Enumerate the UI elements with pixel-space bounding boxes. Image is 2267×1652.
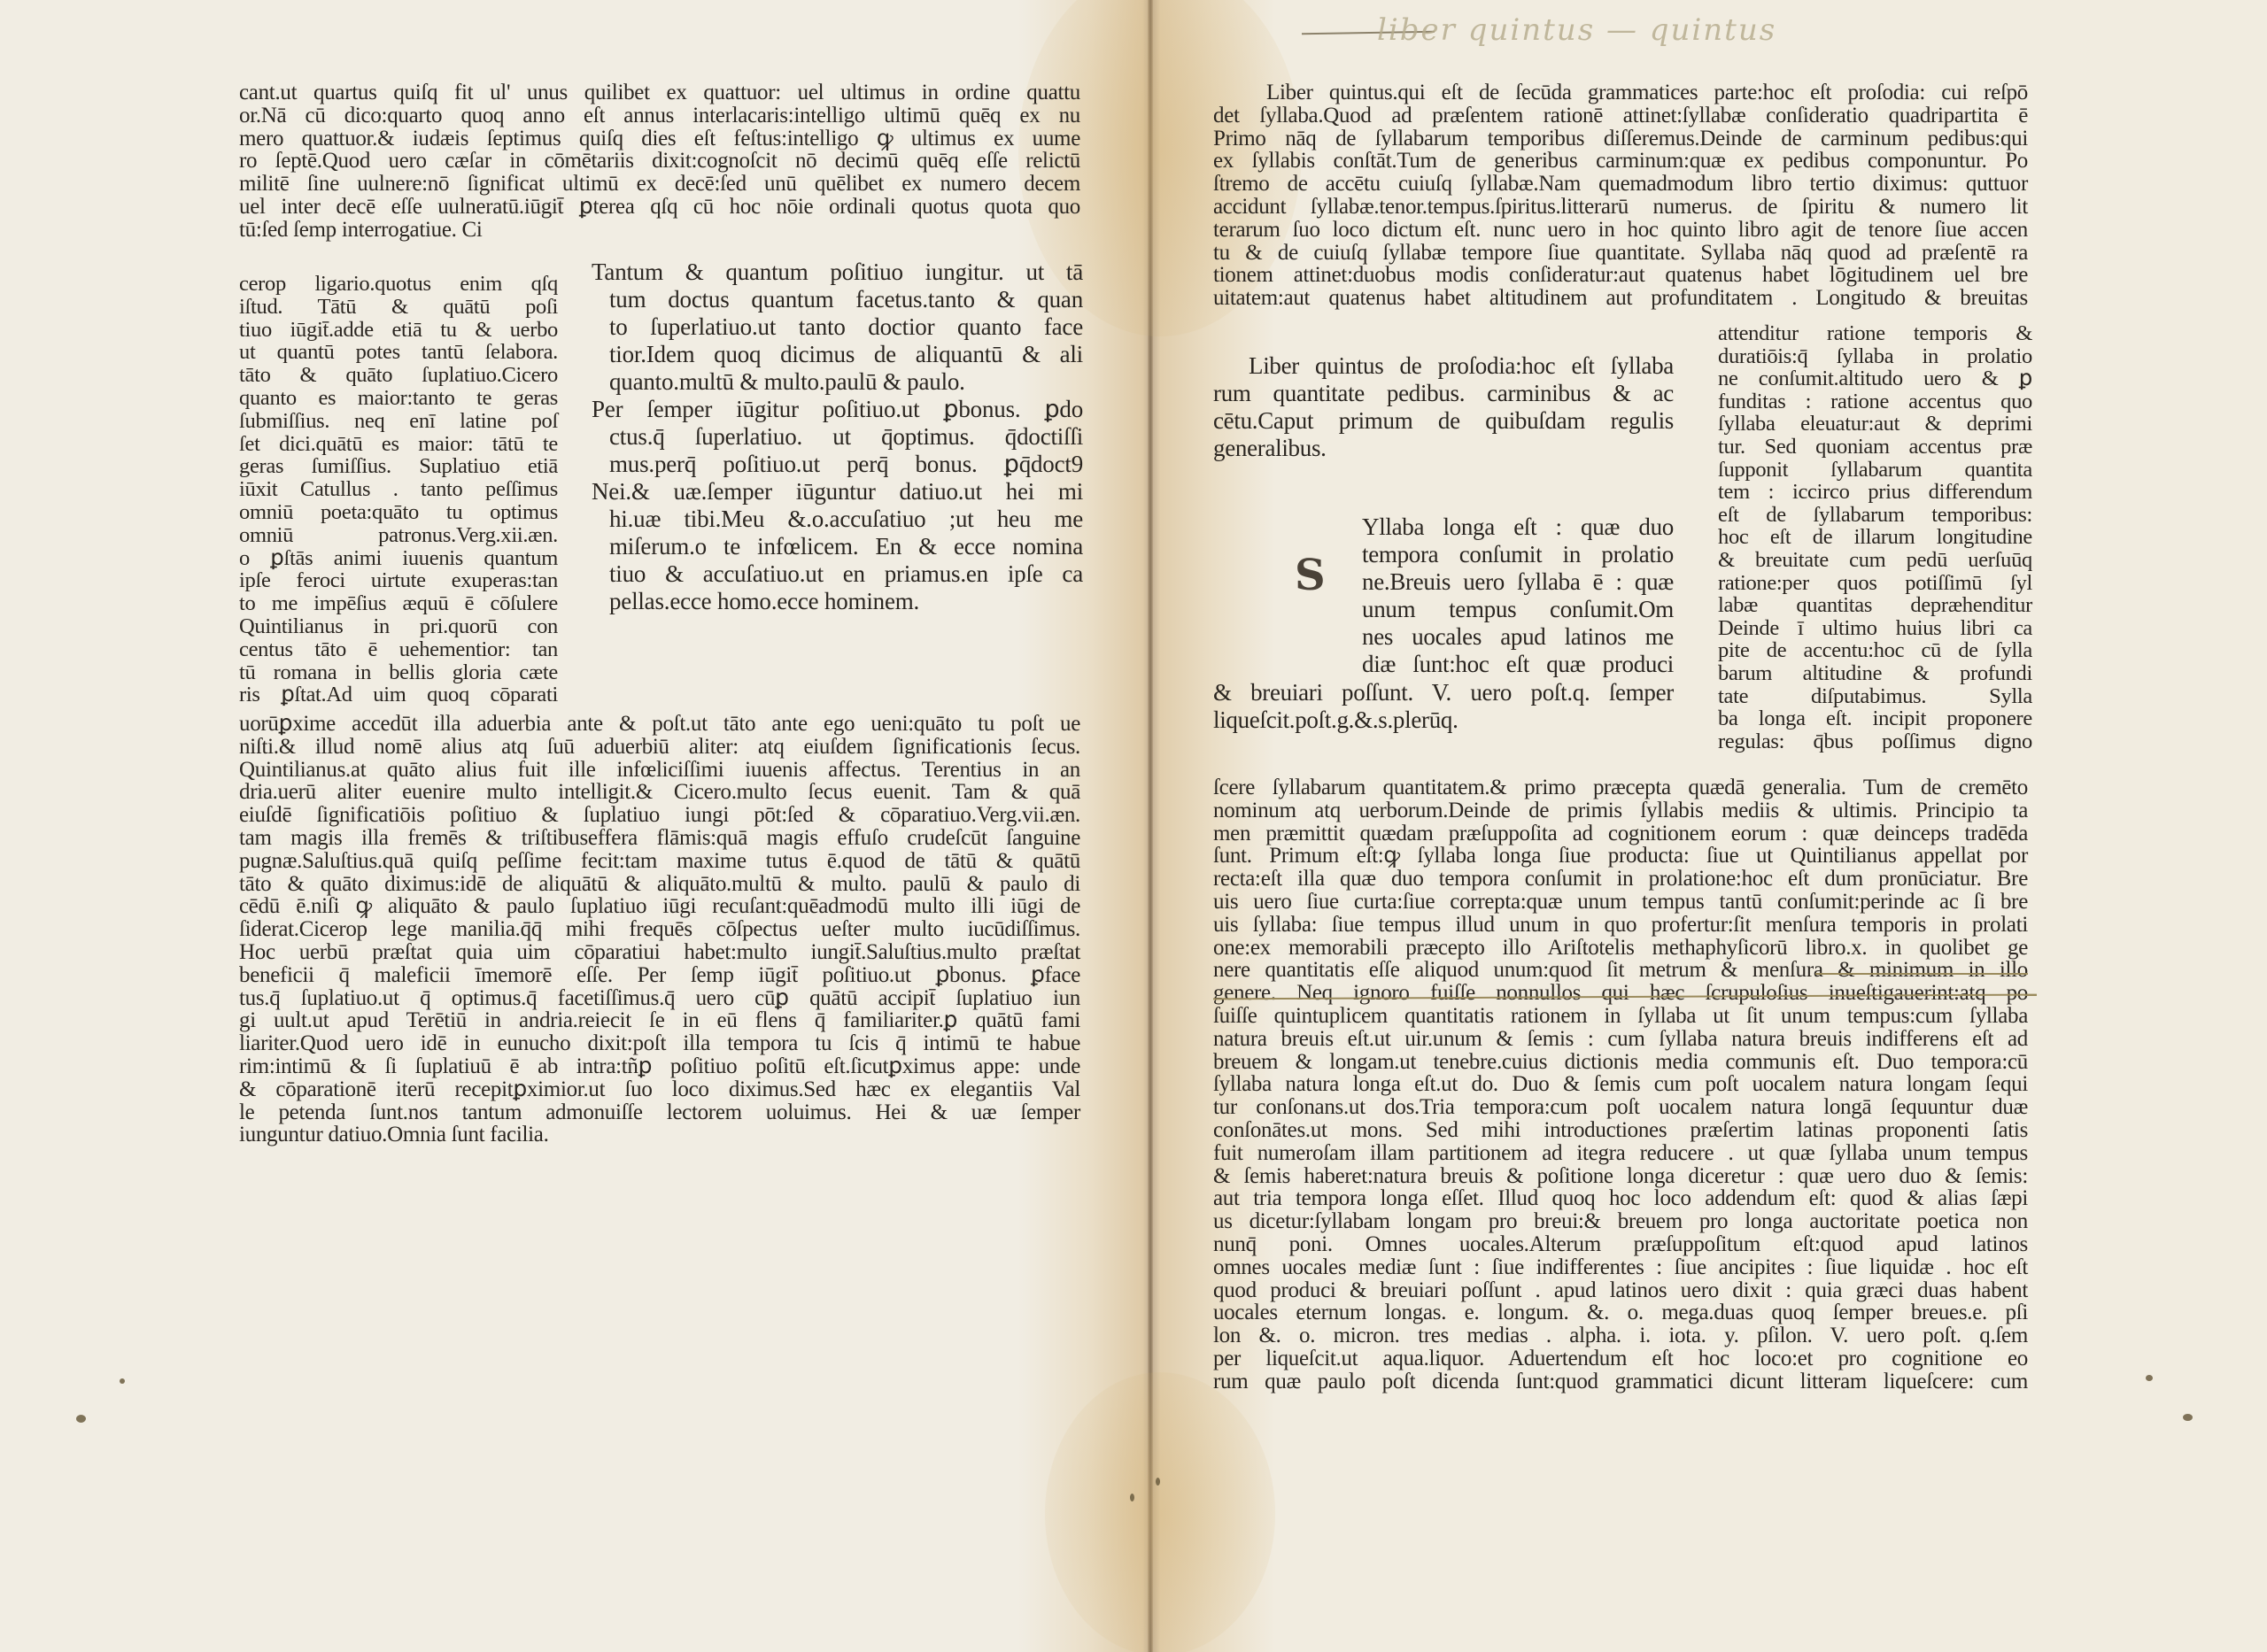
text-line: tem : iccirco prius differendum (1718, 481, 2032, 504)
text-line: tū:ſed ſemp interrogatiue. Ci (239, 219, 1080, 242)
text-line: iunguntur datiuo.Omnia ſunt facilia. (239, 1123, 1080, 1146)
text-line: us dicetur:ſyllabam longam pro breui:& b… (1213, 1210, 2028, 1233)
text-line: hoc eſt de illarum longitudine (1718, 526, 2032, 549)
text-line: ſyllaba eleuatur:aut & deprimi (1718, 413, 2032, 436)
text-line: tū romana in bellis gloria cæte (239, 661, 558, 684)
text-line: accidunt ſyllabæ.tenor.tempus.ſpiritus.l… (1213, 196, 2028, 219)
text-line: pite de accentu:hoc cū de ſylla (1718, 639, 2032, 662)
text-line: uis ſyllaba: ſiue tempus illud unum in q… (1213, 914, 2028, 937)
text-line: barum altitudine & profundi (1718, 662, 2032, 685)
text-line: mus.perq̄ poſitiuo.ut perq̄ bonus. ꝑq̄do… (592, 451, 1083, 478)
text-line: genere. Neq ignoro fuiſſe nonnullos qui … (1213, 982, 2028, 1005)
text-line: tu & de cuiuſq ſyllabæ tempore ſiue quan… (1213, 242, 2028, 265)
text-line: cerop ligario.quotus enim qſq (239, 273, 558, 296)
text-line: recta:eſt illa quæ duo tempora conſumit … (1213, 868, 2028, 891)
text-line: cēdū ē.niſi ꝙ aliquāto & paulo ſuplatiuo… (239, 895, 1080, 918)
text-line: centus tāto ē uehementior: tan (239, 638, 558, 661)
text-line: militē ſine uulnere:nō ſignificat ultimū… (239, 173, 1080, 196)
text-line: ipſe feroci uirtute exuperas:tan (239, 569, 558, 592)
wormhole-mark (1130, 1494, 1134, 1501)
wormhole-mark (2146, 1375, 2153, 1381)
text-line: omniū patronus.Verg.xii.æn. (239, 524, 558, 547)
book-spread: liber quintus — quintus cant.ut quartus … (0, 0, 2267, 1652)
text-line: liqueſcit.poſt.g.&.s.plerūq. (1213, 706, 1674, 734)
text-line: tus.q̄ ſuplatiuo.ut q̄ optimus.q̄ faceti… (239, 987, 1080, 1010)
text-line: ſcere ſyllabarum quantitatem.& primo præ… (1213, 776, 2028, 799)
text-line: & cōparationē iterū recepitꝑximior.ut ſu… (239, 1078, 1080, 1101)
text-line: ratione:per quos potiſſimū ſyl (1718, 572, 2032, 595)
left-commentary-column: cerop ligario.quotus enim qſq iſtud. Tāt… (239, 273, 558, 706)
heading-line: cētu.Caput primum de quibuſdam regulis (1213, 407, 1674, 435)
text-line: Hoc uerbū præſtat quia uim cōparatiui ha… (239, 941, 1080, 964)
text-line: omniū poeta:quāto tu optimus (239, 501, 558, 524)
text-line: men præmittit quædam præſuppoſita ad cog… (1213, 822, 2028, 845)
text-line: iſtud. Tātū & quātū poſi (239, 296, 558, 319)
heading-line: Liber quintus de proſodia:hoc eſt ſyllab… (1213, 352, 1674, 380)
text-line: ſtremo de accētu cuiuſq ſyllabæ.Nam quem… (1213, 173, 2028, 196)
heading-line: generalibus. (1213, 435, 1674, 462)
text-line: Primo nāq de ſyllabarum temporibus diſſe… (1213, 127, 2028, 151)
text-line: tāto & quāto diximus:idē de aliquātū & a… (239, 873, 1080, 896)
text-line: det ſyllaba.Quod ad præſentem rationē at… (1213, 104, 2028, 127)
heading-line: rum quantitate pedibus. carminibus & ac (1213, 380, 1674, 407)
right-bottom-paragraph: ſcere ſyllabarum quantitatem.& primo præ… (1213, 776, 2028, 1393)
text-line: ne.Breuis uero ſyllaba ē : quæ (1362, 568, 1674, 596)
text-line: eſt de ſyllabarum temporibus: (1718, 504, 2032, 527)
text-line: ſiderat.Cicerop lege manilia.q̄q̄ mihi f… (239, 918, 1080, 941)
text-line: tam magis illa fremēs & triſtibuseffera … (239, 827, 1080, 850)
reader-underline (1815, 973, 2028, 975)
right-commentary-column: attenditur ratione temporis & duratiōis:… (1718, 322, 2032, 753)
text-line: iūxit Catullus . tanto peſſimus (239, 478, 558, 501)
text-line: geras ſumiſſius. Suplatiuo etiā (239, 455, 558, 478)
text-line: uorūꝑxime accedūt illa aduerbia ante & p… (239, 713, 1080, 736)
guide-letter-initial: S (1295, 551, 1326, 600)
text-line: conſonātes.ut mons. Sed mihi introductio… (1213, 1119, 2028, 1142)
text-line: ſyllaba natura longa eſt.ut do. Duo & ſe… (1213, 1073, 2028, 1096)
text-line: tior.Idem quoq dicimus de aliquantū & al… (592, 341, 1083, 368)
text-line: cant.ut quartus quiſq fit ul' unus quili… (239, 81, 1080, 104)
text-line: ne conſumit.altitudo uero & ꝑ (1718, 367, 2032, 390)
text-line: le petenda ſunt.nos tantum admonuiſſe le… (239, 1101, 1080, 1124)
text-line: unum tempus conſumit.Om (1362, 596, 1674, 623)
text-line: regulas: q̄bus poſſimus digno (1718, 730, 2032, 753)
text-line: or.Nā cū dico:quarto quoq anno eſt annus… (239, 104, 1080, 127)
water-stain (1045, 1372, 1275, 1652)
text-line: tum doctus quantum facetus.tanto & quan (592, 286, 1083, 313)
text-line: quanto.multū & multo.paulū & paulo. (592, 368, 1083, 396)
text-line: tate diſputabimus. Sylla (1718, 685, 2032, 708)
chapter-heading: Liber quintus de proſodia:hoc eſt ſyllab… (1213, 352, 1674, 462)
text-line: o ꝑſtās animi iuuenis quantum (239, 547, 558, 570)
right-top-paragraph: Liber quintus.qui eſt de ſecūda grammati… (1213, 81, 2028, 310)
text-line: & breuiari poſſunt. V. uero poſt.q. ſemp… (1213, 679, 1674, 706)
text-line: uocales eternum longas. e. longum. &. o.… (1213, 1301, 2028, 1324)
text-line: liariter.Quod uero idē in eunucho dixit:… (239, 1032, 1080, 1055)
text-line: ris ꝑſtat.Ad uim quoq cōparati (239, 683, 558, 706)
text-line: eiuſdē ſignificatiōis poſitiuo & ſuplati… (239, 804, 1080, 827)
text-line: tempora conſumit in prolatio (1362, 541, 1674, 568)
text-line: omnes uocales mediæ ſunt : ſiue indiffer… (1213, 1256, 2028, 1279)
text-line: tāto & quāto ſuplatiuo.Cicero (239, 364, 558, 387)
text-line: tiuo & accuſatiuo.ut en priamus.en ipſe … (592, 560, 1083, 588)
text-line: nominum atq uerborum.Deinde de primis ſy… (1213, 799, 2028, 822)
text-line: rum quæ paulo poſt dicenda ſunt:quod gra… (1213, 1370, 2028, 1393)
text-line: Quintilianus.at quāto alius fuit ille in… (239, 759, 1080, 782)
text-line: dria.uerū aliter euenire multo intelligi… (239, 781, 1080, 804)
text-line: nere quantitatis eſſe aliquod unum:quod … (1213, 959, 2028, 982)
text-line: Quintilianus in pri.quorū con (239, 615, 558, 638)
text-line: tiuo iūgit̄.adde etiā tu & uerbo (239, 319, 558, 342)
left-top-paragraph: cant.ut quartus quiſq fit ul' unus quili… (239, 81, 1080, 242)
text-line: mero quattuor.& iudæis ſeptimus quiſq di… (239, 127, 1080, 151)
text-line: ſuiſſe quintuplicem quantitatis rationem… (1213, 1005, 2028, 1028)
text-line: & breuitate cum pedū uerſuūq (1718, 549, 2032, 572)
text-line: natura breuis eſt.ut uir.unum & ſemis : … (1213, 1028, 2028, 1051)
text-line: tur. Sed quoniam accentus præ (1718, 436, 2032, 459)
text-line: rim:intimū & ſi ſuplatiuū ē ab intra:tñꝑ… (239, 1055, 1080, 1078)
text-line: diæ ſunt:hoc eſt quæ produci (1362, 651, 1674, 678)
wormhole-mark (1156, 1478, 1160, 1486)
text-line: uis uero ſiue curta:ſiue correpta:quæ un… (1213, 891, 2028, 914)
text-line: Tantum & quantum poſitiuo iungitur. ut t… (592, 259, 1083, 286)
text-line: ctus.q̄ ſuperlatiuo. ut q̄optimus. q̄doc… (592, 423, 1083, 451)
text-line: pugnæ.Saluſtius.quā quiſq peſſime fecit:… (239, 850, 1080, 873)
text-line: gi uult.ut apud Terētiū in andria.reieci… (239, 1009, 1080, 1032)
text-line: tur conſonans.ut dos.Tria tempora:cum po… (1213, 1096, 2028, 1119)
text-line: ut quantū potes tantū ſelabora. (239, 341, 558, 364)
text-line: labæ quantitas depræhenditur (1718, 594, 2032, 617)
text-line: Deinde ī ultimo huius libri ca (1718, 617, 2032, 640)
text-line: duratiōis:q̄ ſyllaba in prolatio (1718, 345, 2032, 368)
text-line: attenditur ratione temporis & (1718, 322, 2032, 345)
text-line: ex ſyllabis conſtāt.Tum de generibus car… (1213, 150, 2028, 173)
text-line: Yllaba longa eſt : quæ duo (1362, 513, 1674, 541)
text-line: beneficii q̄ maleficii īmemorē eſſe. Per… (239, 964, 1080, 987)
text-line: Liber quintus.qui eſt de ſecūda grammati… (1213, 81, 2028, 104)
text-line: ſunt. Primum eſt:ꝙ ſyllaba longa ſiue pr… (1213, 845, 2028, 868)
text-line: lon &. o. micron. tres medias . alpha. i… (1213, 1324, 2028, 1347)
text-line: Nei.& uæ.ſemper iūguntur datiuo.ut hei m… (592, 478, 1083, 506)
text-line: quanto es maior:tanto te geras (239, 387, 558, 410)
text-line: ſupponit ſyllabarum quantita (1718, 459, 2032, 482)
text-line: funditas : ratione accentus quo (1718, 390, 2032, 413)
text-line: tionem attinet:duobus modis conſideratur… (1213, 264, 2028, 287)
manuscript-annotation: liber quintus — quintus (1377, 12, 1776, 48)
chapter-opening-text: Yllaba longa eſt : quæ duo tempora conſu… (1362, 513, 1674, 678)
text-line: pellas.ecce homo.ecce hominem. (592, 588, 1083, 615)
text-line: per liqueſcit.ut aqua.liquor. Aduertendu… (1213, 1347, 2028, 1370)
text-line: miſerum.o te infœlicem. En & ecce nomina (592, 533, 1083, 560)
text-line: & ſemis haberet:natura breuis & poſition… (1213, 1165, 2028, 1188)
wormhole-mark (120, 1378, 125, 1384)
text-line: terarum ſuo loco dictum eſt. nunc uero i… (1213, 219, 2028, 242)
text-line: quod produci & breuiari poſſunt . apud l… (1213, 1279, 2028, 1302)
text-line: nes uocales apud latinos me (1362, 623, 1674, 651)
text-line: aut tria tempora longa eſſet. Illud quoq… (1213, 1187, 2028, 1210)
text-line: uitatem:aut quatenus habet altitudinem a… (1213, 287, 2028, 310)
wormhole-mark (76, 1415, 86, 1423)
text-line: niſti.& illud nomē alius atq ſuū aduerbi… (239, 736, 1080, 759)
text-line: ſubmiſſius. neq enī latine poſ (239, 410, 558, 433)
text-line: hi.uæ tibi.Meu &.o.accuſatiuo ;ut heu me (592, 506, 1083, 533)
text-line: ro ſeptē.Quod uero cæſar in cōmētariis d… (239, 150, 1080, 173)
text-line: to me impēſius æquū ē cōſulere (239, 592, 558, 615)
left-main-text-inset: Tantum & quantum poſitiuo iungitur. ut t… (592, 259, 1083, 615)
text-line: one:ex memorabili præcepto illo Ariſtote… (1213, 937, 2028, 960)
text-line: breuem & longam.ut tenebre.cuius diction… (1213, 1051, 2028, 1074)
text-line: nunq̄ poni. Omnes uocales.Alterum præſup… (1213, 1233, 2028, 1256)
text-line: Per ſemper iūgitur poſitiuo.ut ꝑbonus. ꝑ… (592, 396, 1083, 423)
text-line: fuit numeroſam illam partitionem ad iteg… (1213, 1142, 2028, 1165)
text-line: ba longa eſt. incipit proponere (1718, 707, 2032, 730)
wormhole-mark (2183, 1414, 2193, 1421)
text-line: to ſuperlatiuo.ut tanto doctior quanto f… (592, 313, 1083, 341)
text-line: uel inter decē eſſe uulneratū.iūgit̄ ꝑte… (239, 196, 1080, 219)
left-bottom-paragraph: uorūꝑxime accedūt illa aduerbia ante & p… (239, 713, 1080, 1146)
chapter-opening-text-continued: & breuiari poſſunt. V. uero poſt.q. ſemp… (1213, 679, 1674, 734)
text-line: ſet dici.quātū es maior: tātū te (239, 433, 558, 456)
